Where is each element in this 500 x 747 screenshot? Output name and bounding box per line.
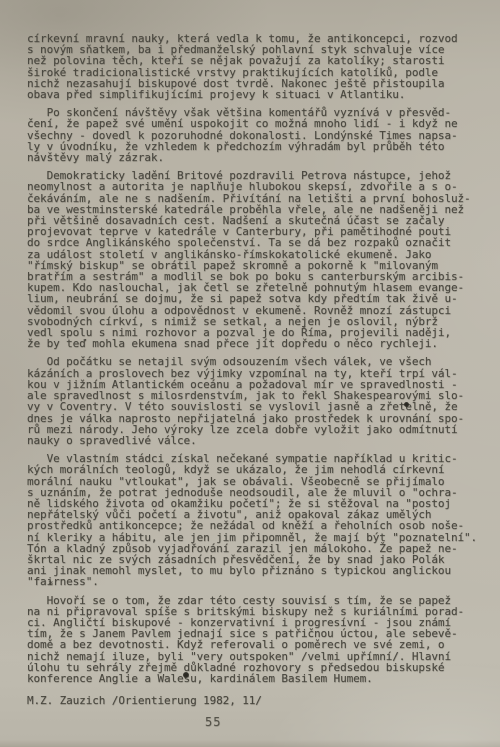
paragraph-5: Ve vlastním stádci získal nečekané sympa… xyxy=(27,453,489,587)
paragraph-1: církevní mravní nauky, která vedla k tom… xyxy=(27,33,489,100)
page-text: církevní mravní nauky, která vedla k tom… xyxy=(27,33,489,713)
ink-blot xyxy=(183,672,189,678)
paragraph-4: Od počátku se netajil svým odsouzením vš… xyxy=(27,356,489,446)
source-citation: M.Z. Zauzich /Orientierung 1982, 11/ xyxy=(27,695,489,706)
scanned-typewritten-page: církevní mravní nauky, která vedla k tom… xyxy=(0,0,500,747)
correction-mark: * xyxy=(48,580,53,590)
paragraph-2: Po skončení návštěvy však většina koment… xyxy=(27,107,489,163)
paragraph-3: Demokraticky ladění Britové pozdravili P… xyxy=(27,170,489,349)
ink-blot xyxy=(404,402,409,407)
page-number: 55 xyxy=(205,715,221,729)
paragraph-6: Hovoří se o tom, že zdar této cesty souv… xyxy=(27,595,489,685)
